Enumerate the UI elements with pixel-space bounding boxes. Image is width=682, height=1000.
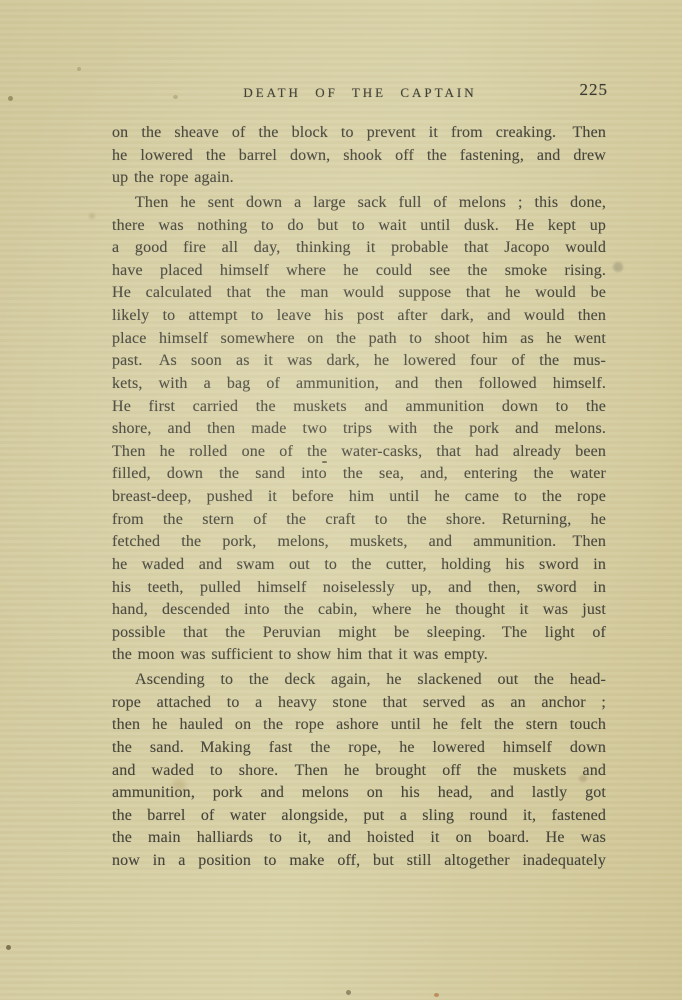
text-line: up the rope again. <box>112 167 606 190</box>
text-line: possible that the Peruvian might be slee… <box>112 622 606 645</box>
text-line: he lowered the barrel down, shook off th… <box>112 145 606 168</box>
text-line: there was nothing to do but to wait unti… <box>112 215 606 238</box>
text-line: the moon was sufficient to show him that… <box>112 644 606 667</box>
text-line: filled, down the sand into the sea, and,… <box>112 463 606 486</box>
page-number: 225 <box>580 80 609 100</box>
text-line: the main halliards to it, and hoisted it… <box>112 827 606 850</box>
text-line: Then he rolled one of the water-casks, t… <box>112 441 606 464</box>
foxing-speck <box>6 945 11 950</box>
text-line: a good fire all day, thinking it probabl… <box>112 237 606 260</box>
text-line: the barrel of water alongside, put a sli… <box>112 805 606 828</box>
paragraph: Ascending to the deck again, he slackene… <box>112 669 606 873</box>
text-line: on the sheave of the block to prevent it… <box>112 122 606 145</box>
paragraph: Then he sent down a large sack full of m… <box>112 192 606 667</box>
text-line: Ascending to the deck again, he slackene… <box>112 669 606 692</box>
text-line: He first carried the muskets and ammunit… <box>112 396 606 419</box>
text-line: Then he sent down a large sack full of m… <box>112 192 606 215</box>
foxing-speck <box>613 262 623 272</box>
foxing-speck <box>77 67 81 71</box>
text-line: past. As soon as it was dark, he lowered… <box>112 350 606 373</box>
text-line: he waded and swam out to the cutter, hol… <box>112 554 606 577</box>
text-line: rope attached to a heavy stone that serv… <box>112 692 606 715</box>
text-line: then he hauled on the rope ashore until … <box>112 714 606 737</box>
foxing-speck <box>346 990 351 995</box>
foxing-speck <box>434 993 439 997</box>
running-title: DEATH OF THE CAPTAIN <box>243 85 476 100</box>
foxing-speck <box>8 96 13 101</box>
book-page-scan: DEATH OF THE CAPTAIN 225 on the sheave o… <box>0 0 682 1000</box>
text-line: the sand. Making fast the rope, he lower… <box>112 737 606 760</box>
text-line: have placed himself where he could see t… <box>112 260 606 283</box>
text-line: from the stern of the craft to the shore… <box>112 509 606 532</box>
foxing-speck <box>89 213 95 219</box>
text-line: ammunition, pork and melons on his head,… <box>112 782 606 805</box>
text-line: now in a position to make off, but still… <box>112 850 606 873</box>
text-line: and waded to shore. Then he brought off … <box>112 760 606 783</box>
text-line: He calculated that the man would suppose… <box>112 282 606 305</box>
text-line: likely to attempt to leave his post afte… <box>112 305 606 328</box>
text-block: on the sheave of the block to prevent it… <box>112 122 606 873</box>
text-line: his teeth, pulled himself noiselessly up… <box>112 577 606 600</box>
paragraph: on the sheave of the block to prevent it… <box>112 122 606 190</box>
text-line: place himself somewhere on the path to s… <box>112 328 606 351</box>
text-line: kets, with a bag of ammunition, and then… <box>112 373 606 396</box>
text-line: hand, descended into the cabin, where he… <box>112 599 606 622</box>
page-header: DEATH OF THE CAPTAIN 225 <box>112 84 608 104</box>
text-line: breast-deep, pushed it before him until … <box>112 486 606 509</box>
text-line: fetched the pork, melons, muskets, and a… <box>112 531 606 554</box>
text-line: shore, and then made two trips with the … <box>112 418 606 441</box>
